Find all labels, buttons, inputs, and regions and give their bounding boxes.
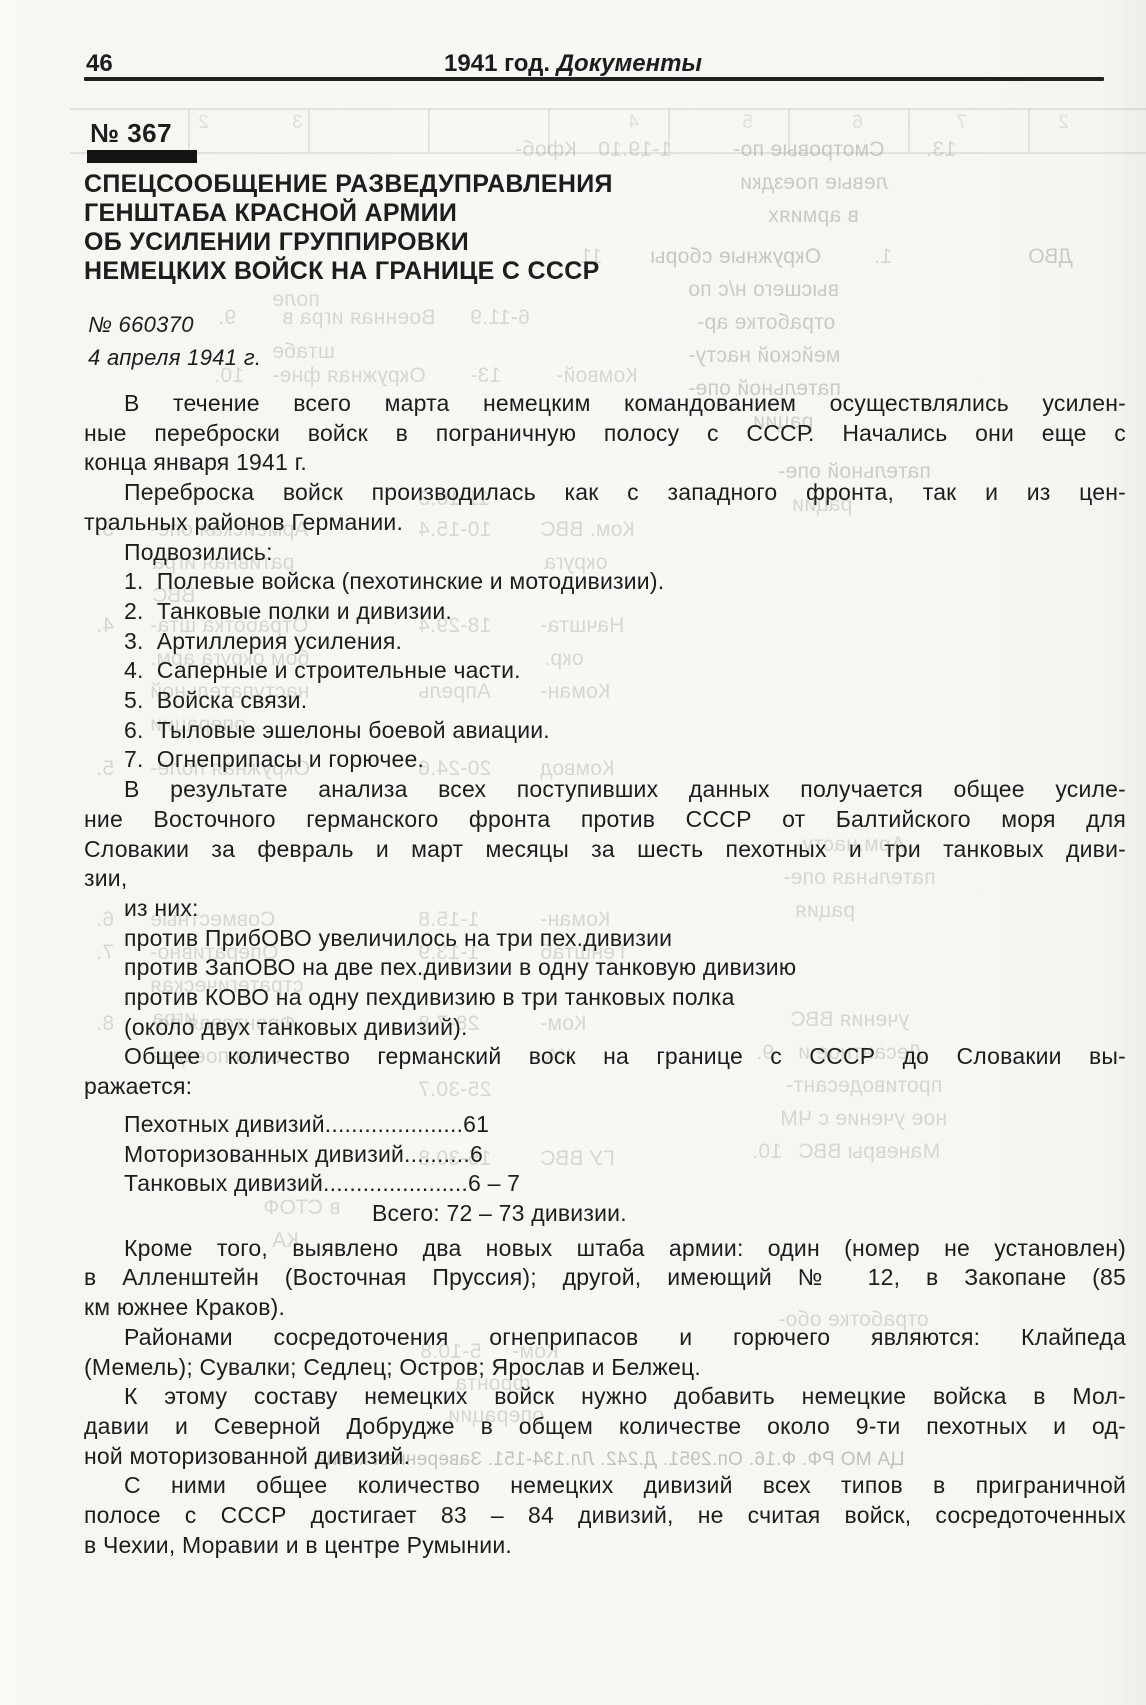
body-line: Переброска войск производилась как с зап… (84, 478, 1126, 508)
scanned-book-page: 2345672Кфоб-1-19.10Смотровые по-13.левые… (0, 0, 1146, 1705)
body-line: 5. Войска связи. (84, 686, 1126, 716)
body-line: В результате анализа всех поступивших да… (84, 775, 1126, 805)
document-registry-number: № 660370 (88, 312, 194, 338)
body-line: полосе с СССР достигает 83 – 84 дивизий,… (84, 1501, 1126, 1531)
body-line: Кроме того, выявлено два новых штаба арм… (84, 1234, 1126, 1264)
bleedthrough-text: Окружная фне- (272, 364, 426, 388)
document-number-label: № 367 (90, 118, 172, 149)
bleedthrough-table-border (70, 108, 1146, 154)
running-title: 1941 год. Документы (0, 50, 1146, 78)
body-line: Пехотных дивизий.....................61 (84, 1110, 1126, 1140)
document-title-line: ОБ УСИЛЕНИИ ГРУППИРОВКИ (84, 228, 613, 257)
body-line: конца января 1941 г. (84, 448, 1126, 478)
bleedthrough-text: 13. (926, 138, 956, 162)
bleedthrough-text: высшего н/с по (688, 278, 839, 302)
bleedthrough-text: 1-19.10 (598, 138, 671, 162)
body-line: Моторизованных дивизий..........6 (84, 1140, 1126, 1170)
body-line: Танковых дивизий......................6 … (84, 1169, 1126, 1199)
body-line: Подвозились: (84, 538, 1126, 568)
bleedthrough-text: мейской насту- (688, 344, 840, 368)
running-title-section: Документы (557, 50, 702, 77)
bleedthrough-text: штабе (272, 340, 335, 364)
bleedthrough-text: 6-11.9 (470, 306, 530, 330)
bleedthrough-text: 5 (742, 112, 753, 134)
body-line: (Мемель); Сувалки; Седлец; Остров; Яросл… (84, 1353, 1126, 1383)
body-line: В течение всего марта немецким командова… (84, 389, 1126, 419)
bleedthrough-text: 2 (198, 112, 209, 134)
header-rule (84, 77, 1104, 81)
document-title: СПЕЦСООБЩЕНИЕ РАЗВЕДУПРАВЛЕНИЯГЕНШТАБА К… (84, 170, 613, 286)
body-line: ражается: (84, 1072, 1126, 1102)
body-line: К этому составу немецких войск нужно доб… (84, 1382, 1126, 1412)
document-date: 4 апреля 1941 г. (88, 345, 261, 371)
document-title-line: СПЕЦСООБЩЕНИЕ РАЗВЕДУПРАВЛЕНИЯ (84, 170, 613, 199)
body-line: давии и Северной Добрудже в общем количе… (84, 1412, 1126, 1442)
body-line: ние Восточного германского фронта против… (84, 805, 1126, 835)
bleedthrough-text: Военная игра в (282, 306, 435, 330)
body-line: 7. Огнеприпасы и горючее. (84, 745, 1126, 775)
body-line: в Чехии, Моравии и в центре Румынии. (84, 1531, 1126, 1561)
body-line: Всего: 72 – 73 дивизии. (84, 1199, 1126, 1229)
body-line: 4. Саперные и строительные части. (84, 656, 1126, 686)
body-line: 3. Артиллерия усиления. (84, 627, 1126, 657)
bleedthrough-text: 4 (628, 112, 639, 134)
body-line: 2. Танковые полки и дивизии. (84, 597, 1126, 627)
bleedthrough-text: Смотровые по- (733, 138, 885, 162)
bleedthrough-text: отработке ар- (697, 311, 835, 335)
body-line: Районами сосредоточения огнеприпасов и г… (84, 1323, 1126, 1353)
bleedthrough-text: поле (272, 288, 320, 312)
body-line: 1. Полевые войска (пехотинские и мотодив… (84, 567, 1126, 597)
document-body: В течение всего марта немецким командова… (84, 389, 1126, 1560)
body-line: из них: (84, 894, 1126, 924)
black-bar-divider (87, 150, 197, 163)
body-line: Словакии за февраль и март месяцы за шес… (84, 835, 1126, 865)
body-line: тральных районов Германии. (84, 508, 1126, 538)
bleedthrough-text: левые поездки (740, 171, 888, 195)
bleedthrough-text: 2 (1058, 112, 1069, 134)
bleedthrough-text: 6 (852, 112, 863, 134)
bleedthrough-text: 3 (292, 112, 303, 134)
body-line: против ПрибОВО увеличилось на три пех.ди… (84, 924, 1126, 954)
bleedthrough-text: 1. (874, 245, 892, 269)
bleedthrough-text: 7 (956, 112, 967, 134)
bleedthrough-text: в армиях (768, 204, 859, 228)
body-line: против КОВО на одну пехдивизию в три тан… (84, 983, 1126, 1013)
body-line: км южнее Краков). (84, 1293, 1126, 1323)
bleedthrough-text: Комвой- (556, 364, 638, 388)
body-line: Общее количество германский воск на гран… (84, 1042, 1126, 1072)
body-line: С ними общее количество немецких дивизий… (84, 1471, 1126, 1501)
bleedthrough-text: ДВО (1028, 245, 1073, 269)
bleedthrough-text: 9. (218, 306, 236, 330)
body-line: в Алленштейн (Восточная Пруссия); другой… (84, 1263, 1126, 1293)
body-line: против ЗапОВО на две пех.дивизии в одну … (84, 953, 1126, 983)
running-title-year: 1941 год. (444, 50, 550, 77)
body-line: (около двух танковых дивизий). (84, 1013, 1126, 1043)
body-line: 6. Тыловые эшелоны боевой авиации. (84, 716, 1126, 746)
bleedthrough-text: Кфоб- (515, 138, 577, 162)
bleedthrough-text: Окружные сборы (650, 245, 821, 269)
body-line: зии, (84, 864, 1126, 894)
document-title-line: ГЕНШТАБА КРАСНОЙ АРМИИ (84, 199, 613, 228)
bleedthrough-text: 13- (470, 364, 501, 388)
document-title-line: НЕМЕЦКИХ ВОЙСК НА ГРАНИЦЕ С СССР (84, 257, 613, 286)
body-line: ной моторизованной дивизий. (84, 1442, 1126, 1472)
body-line: ные переброски войск в пограничную полос… (84, 419, 1126, 449)
